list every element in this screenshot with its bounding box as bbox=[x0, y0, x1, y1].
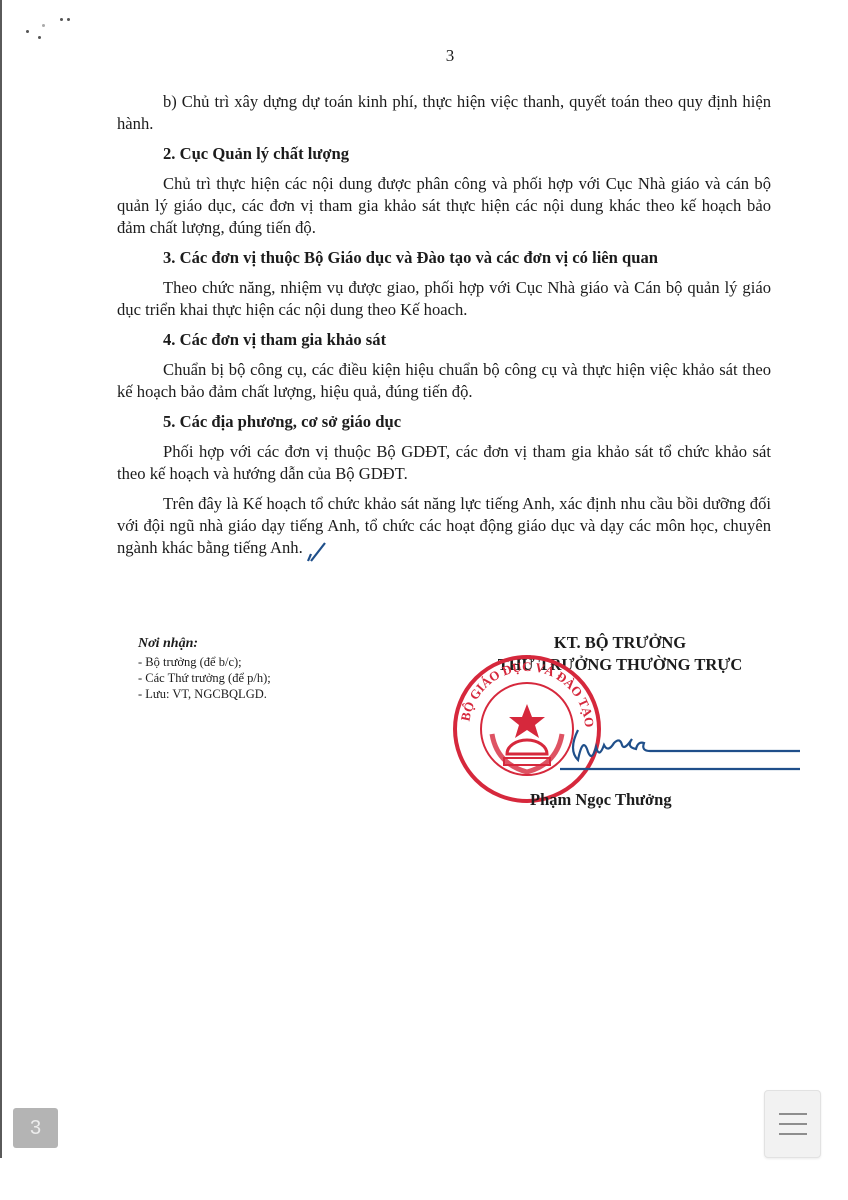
paragraph-text: b) Chủ trì xây dựng dự toán kinh phí, th… bbox=[117, 92, 771, 133]
paragraph: Theo chức năng, nhiệm vụ được giao, phối… bbox=[117, 277, 771, 321]
paragraph-text: 2. Cục Quản lý chất lượng bbox=[163, 144, 349, 163]
section-heading: 4. Các đơn vị tham gia khảo sát bbox=[117, 329, 771, 351]
recipients-title: Nơi nhận: bbox=[138, 636, 271, 652]
paragraph-text: Theo chức năng, nhiệm vụ được giao, phối… bbox=[117, 278, 771, 319]
document-body: b) Chủ trì xây dựng dự toán kinh phí, th… bbox=[117, 91, 771, 571]
handwritten-signature bbox=[560, 720, 810, 780]
section-heading: 3. Các đơn vị thuộc Bộ Giáo dục và Đào t… bbox=[117, 247, 771, 269]
signer-authority: KT. BỘ TRƯỞNG bbox=[470, 632, 770, 654]
section-heading: 5. Các địa phương, cơ sở giáo dục bbox=[117, 411, 771, 433]
page-number: 3 bbox=[0, 46, 848, 66]
paragraph: Chuẩn bị bộ công cụ, các điều kiện hiệu … bbox=[117, 359, 771, 403]
paragraph: Chủ trì thực hiện các nội dung được phân… bbox=[117, 173, 771, 239]
paragraph: Trên đây là Kế hoạch tổ chức khảo sát nă… bbox=[117, 493, 771, 563]
recipients-block: Nơi nhận: - Bộ trưởng (để b/c); - Các Th… bbox=[138, 636, 271, 702]
viewer-menu-button[interactable] bbox=[764, 1090, 821, 1158]
paragraph-text: 5. Các địa phương, cơ sở giáo dục bbox=[163, 412, 401, 431]
page-left-edge bbox=[0, 0, 2, 1158]
paragraph-text: Phối hợp với các đơn vị thuộc Bộ GDĐT, c… bbox=[117, 442, 771, 483]
pen-check-mark-icon bbox=[305, 541, 327, 563]
paragraph: Phối hợp với các đơn vị thuộc Bộ GDĐT, c… bbox=[117, 441, 771, 485]
recipient-item: - Các Thứ trưởng (để p/h); bbox=[138, 670, 271, 686]
page-indicator-button[interactable]: 3 bbox=[13, 1108, 58, 1148]
paragraph-text: Chủ trì thực hiện các nội dung được phân… bbox=[117, 174, 771, 237]
recipient-item: - Bộ trưởng (để b/c); bbox=[138, 654, 271, 670]
signer-name: Phạm Ngọc Thưởng bbox=[530, 790, 672, 810]
paragraph: b) Chủ trì xây dựng dự toán kinh phí, th… bbox=[117, 91, 771, 135]
paragraph-text: 3. Các đơn vị thuộc Bộ Giáo dục và Đào t… bbox=[163, 248, 658, 267]
scan-specks bbox=[26, 16, 76, 46]
section-heading: 2. Cục Quản lý chất lượng bbox=[117, 143, 771, 165]
paragraph-text: 4. Các đơn vị tham gia khảo sát bbox=[163, 330, 386, 349]
paragraph-text: Chuẩn bị bộ công cụ, các điều kiện hiệu … bbox=[117, 360, 771, 401]
paragraph-text: Trên đây là Kế hoạch tổ chức khảo sát nă… bbox=[117, 494, 771, 557]
recipient-item: - Lưu: VT, NGCBQLGD. bbox=[138, 686, 271, 702]
